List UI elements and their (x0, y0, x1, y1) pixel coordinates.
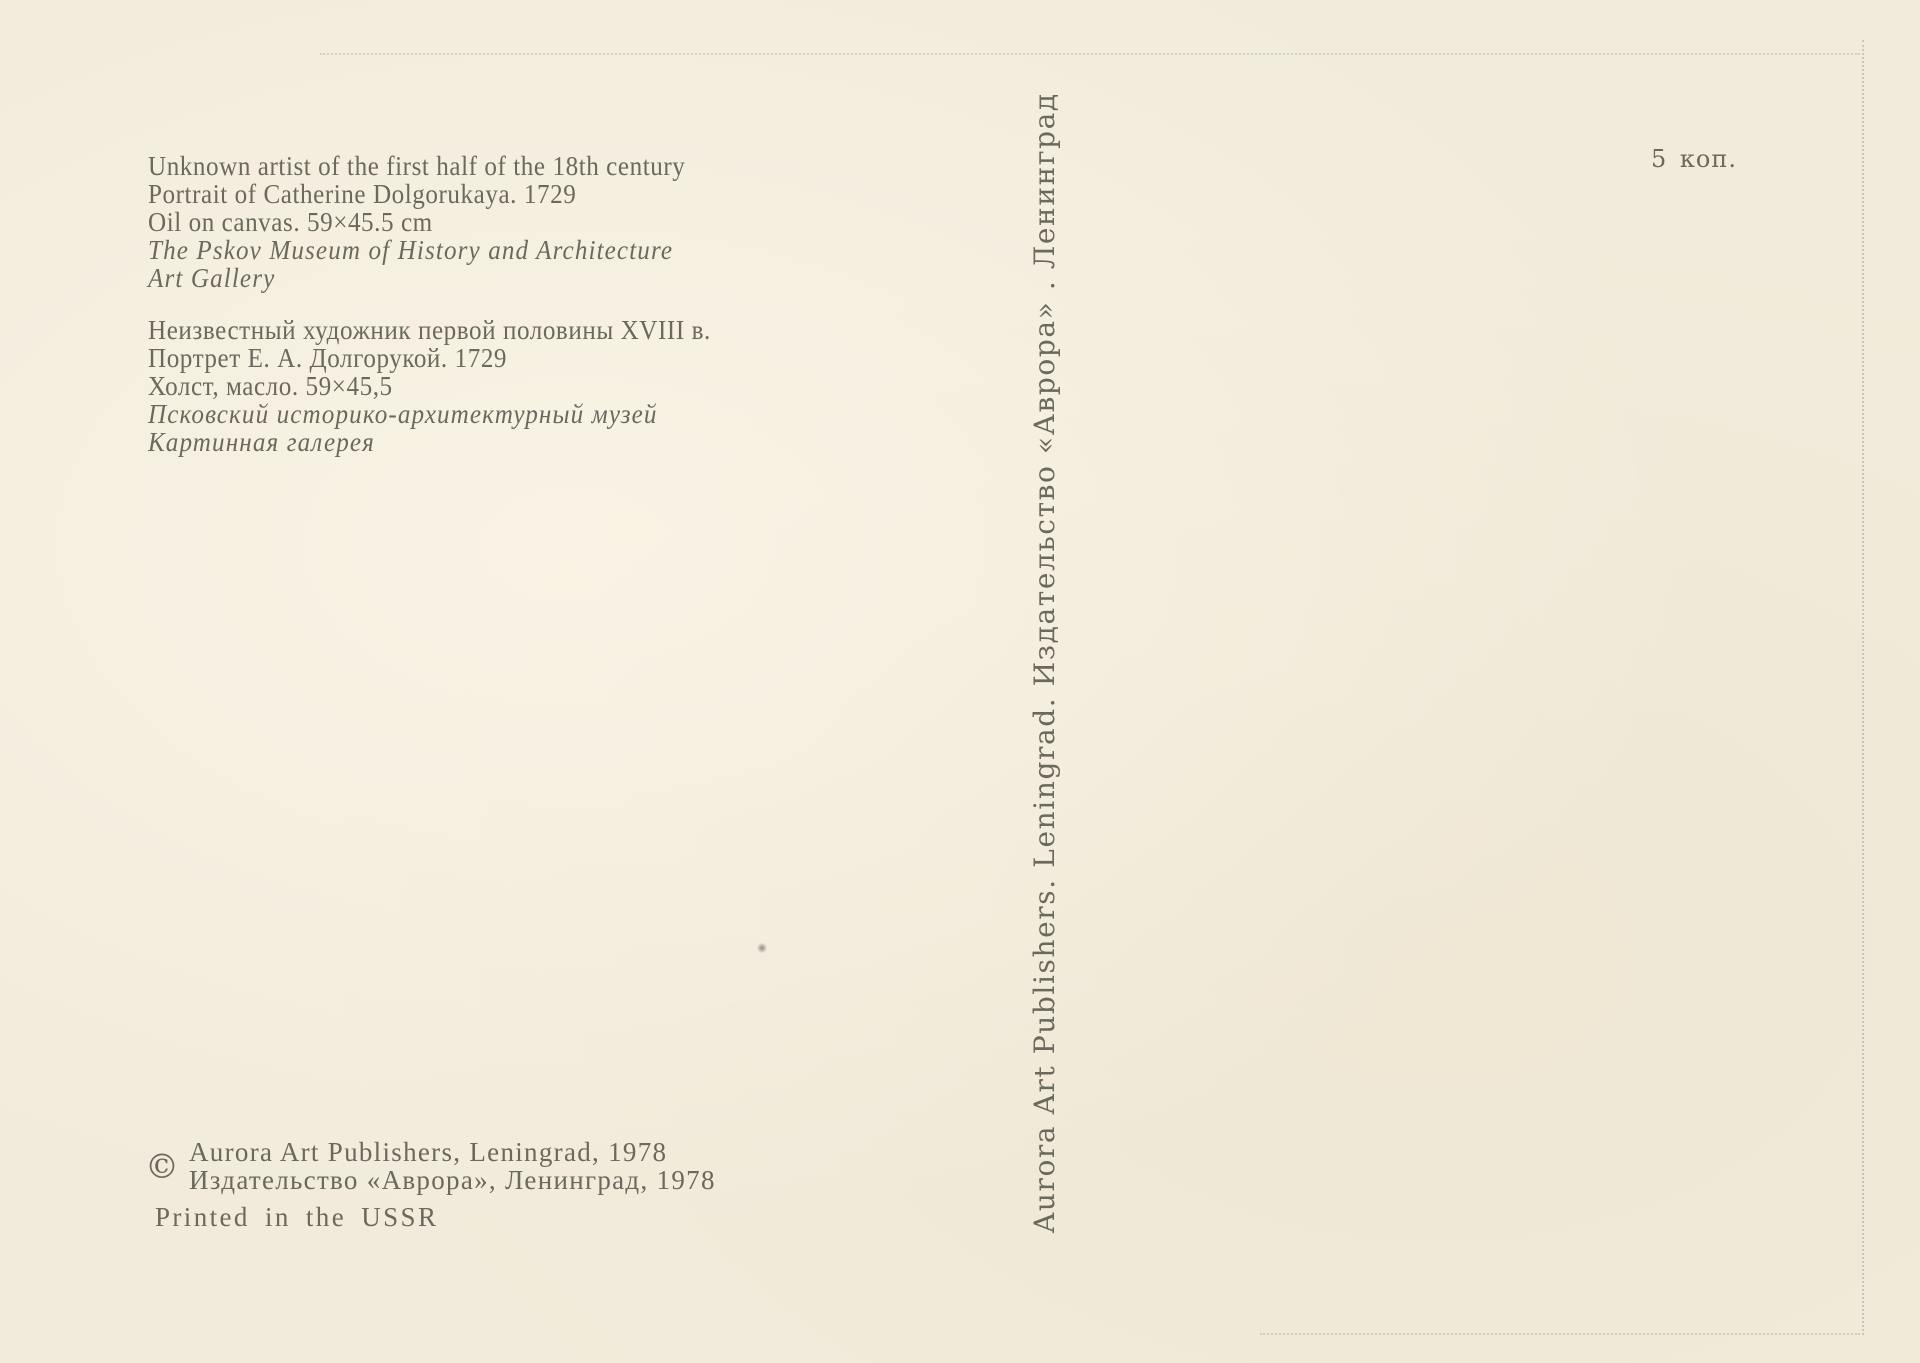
copyright-lines: Aurora Art Publishers, Leningrad, 1978 И… (189, 1138, 716, 1194)
top-dotted-guide (320, 53, 1860, 55)
caption-artist: Unknown artist of the first half of the … (148, 152, 685, 180)
printed-in: Printed in the USSR (155, 1203, 438, 1231)
caption-title-ru: Портрет Е. А. Долгорукой. 1729 (148, 344, 711, 372)
copyright-line-ru: Издательство «Аврора», Ленинград, 1978 (189, 1166, 716, 1194)
caption-museum: The Pskov Museum of History and Architec… (148, 236, 685, 264)
caption-medium: Oil on canvas. 59×45.5 cm (148, 208, 685, 236)
caption-english: Unknown artist of the first half of the … (148, 152, 726, 292)
copyright-icon: © (145, 1150, 179, 1184)
price-label: 5 коп. (1651, 146, 1737, 172)
caption-gallery: Art Gallery (148, 264, 685, 292)
caption-russian: Неизвестный художник первой половины XVI… (148, 316, 753, 456)
bottom-dotted-guide (1260, 1333, 1860, 1335)
caption-museum-ru: Псковский историко-архитектурный музей (148, 400, 711, 428)
ink-speck (757, 943, 767, 953)
caption-artist-ru: Неизвестный художник первой половины XVI… (148, 316, 711, 344)
caption-gallery-ru: Картинная галерея (148, 428, 711, 456)
postcard-back: Unknown artist of the first half of the … (0, 0, 1920, 1363)
copyright-line-en: Aurora Art Publishers, Leningrad, 1978 (189, 1138, 716, 1166)
right-dotted-guide (1862, 40, 1864, 1335)
vertical-publisher-imprint: Aurora Art Publishers. Leningrad. Издате… (1030, 153, 1060, 1233)
caption-medium-ru: Холст, масло. 59×45,5 (148, 372, 711, 400)
caption-title: Portrait of Catherine Dolgorukaya. 1729 (148, 180, 685, 208)
